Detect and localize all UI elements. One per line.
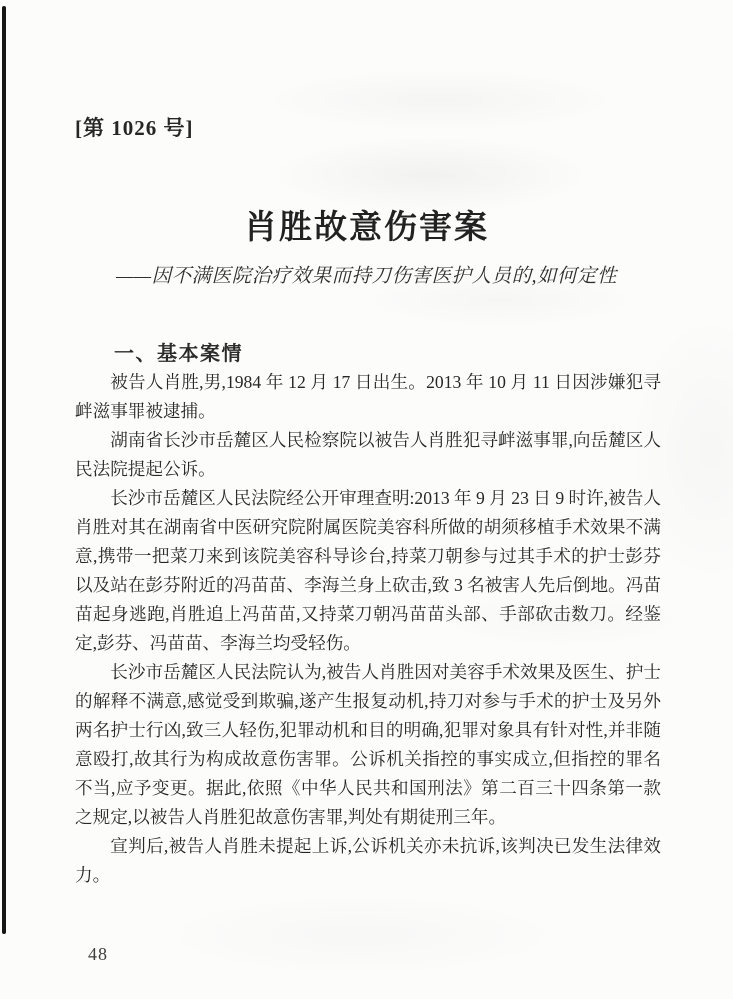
paragraph-judgment-effect: 宣判后,被告人肖胜未提起上诉,公诉机关亦未抗诉,该判决已发生法律效力。: [75, 832, 661, 890]
case-body: 被告人肖胜,男,1984 年 12 月 17 日出生。2013 年 10 月 1…: [75, 368, 661, 890]
case-title: 肖胜故意伤害案: [0, 201, 733, 248]
document-page: [第 1026 号] 肖胜故意伤害案 ——因不满医院治疗效果而持刀伤害医护人员的…: [0, 0, 733, 999]
page-number: 48: [88, 944, 108, 965]
scan-binding-edge: [2, 6, 6, 934]
section-heading-basic-facts: 一、基本案情: [114, 337, 243, 366]
paragraph-prosecution: 湖南省长沙市岳麓区人民检察院以被告人肖胜犯寻衅滋事罪,向岳麓区人民法院提起公诉。: [75, 426, 661, 484]
case-number: [第 1026 号]: [75, 112, 194, 142]
paragraph-trial-findings: 长沙市岳麓区人民法院经公开审理查明:2013 年 9 月 23 日 9 时许,被…: [75, 484, 661, 658]
paragraph-court-opinion: 长沙市岳麓区人民法院认为,被告人肖胜因对美容手术效果及医生、护士的解释不满意,感…: [75, 658, 661, 832]
paragraph-defendant-info: 被告人肖胜,男,1984 年 12 月 17 日出生。2013 年 10 月 1…: [75, 368, 661, 426]
case-subtitle: ——因不满医院治疗效果而持刀伤害医护人员的,如何定性: [0, 260, 733, 288]
